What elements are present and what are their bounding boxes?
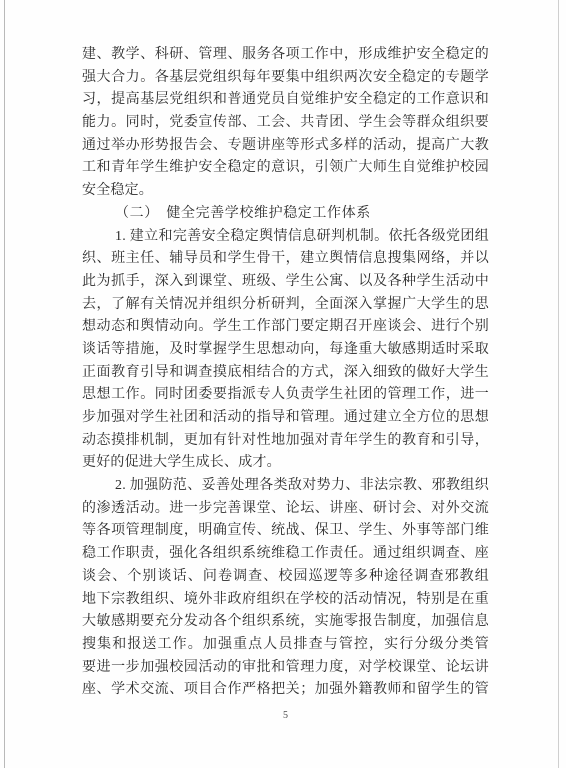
text-line: 1. 建立和完善安全稳定舆情信息研判机制。依托各级党团组 [82,226,489,249]
left-page-edge-line [4,0,5,768]
text-line: 正面教育引导和调查摸底相结合的方式，深入细致的做好大学生 [82,362,489,385]
text-line: 能力。同时，党委宣传部、工会、共青团、学生会等群众组织要 [82,112,489,135]
text-line: 稳工作职责，强化各组织系统维稳工作责任。通过组织调查、座 [82,543,489,566]
text-line: 地下宗教组织、境外非政府组织在学校的活动情况，特别是在重 [82,589,489,612]
text-line: 的渗透活动。进一步完善课堂、论坛、讲座、研讨会、对外交流 [82,498,489,521]
text-line: 强大合力。各基层党组织每年要集中组织两次安全稳定的专题学 [82,67,489,90]
text-line: 去，了解有关情况并组织分析研判，全面深入掌握广大学生的思 [82,294,489,317]
text-line: 工和青年学生维护安全稳定的意识，引领广大师生自觉维护校园 [82,157,489,180]
text-line: 更好的促进大学生成长、成才。 [82,452,489,475]
text-line: 习，提高基层党组织和普通党员自觉维护安全稳定的工作意识和 [82,89,489,112]
text-line: 等各项管理制度，明确宣传、统战、保卫、学生、外事等部门维 [82,520,489,543]
text-line: 谈话等措施，及时掌握学生思想动向，每逢重大敏感期适时采取 [82,339,489,362]
text-line: 要进一步加强校园活动的审批和管理力度，对学校课堂、论坛讲 [82,657,489,680]
page-number: 5 [82,710,489,721]
text-line: 搜集和报送工作。加强重点人员排查与管控，实行分级分类管理； [82,634,489,657]
text-line: 想动态和舆情动向。学生工作部门要定期召开座谈会、进行个别 [82,316,489,339]
text-line: 此为抓手，深入到课堂、班级、学生公寓、以及各种学生活动中 [82,271,489,294]
text-line: 2. 加强防范、妥善处理各类敌对势力、非法宗教、邪教组织 [82,475,489,498]
text-line: 动态摸排机制，更加有针对性地加强对青年学生的教育和引导， [82,430,489,453]
text-line: 思想工作。同时团委要指派专人负责学生社团的管理工作，进一 [82,384,489,407]
text-line: 步加强对学生社团和活动的指导和管理。通过建立全方位的思想 [82,407,489,430]
text-line: 座、学术交流、项目合作严格把关；加强外籍教师和留学生的管 [82,679,489,702]
text-line: 建、教学、科研、管理、服务各项工作中，形成维护安全稳定的 [82,44,489,67]
text-line: 通过举办形势报告会、专题讲座等形式多样的活动，提高广大教 [82,135,489,158]
page-body: 建、教学、科研、管理、服务各项工作中，形成维护安全稳定的强大合力。各基层党组织每… [82,44,489,702]
right-page-edge-line [558,0,559,768]
text-line: 谈会、个别谈话、问卷调查、校园巡逻等多种途径调查邪教组织、 [82,566,489,589]
text-line: 大敏感期要充分发动各个组织系统，实施零报告制度，加强信息 [82,611,489,634]
section-heading: （二） 健全完善学校维护稳定工作体系 [82,203,489,226]
text-line: 安全稳定。 [82,180,489,203]
text-line: 织、班主任、辅导员和学生骨干，建立舆情信息搜集网络，并以 [82,248,489,271]
